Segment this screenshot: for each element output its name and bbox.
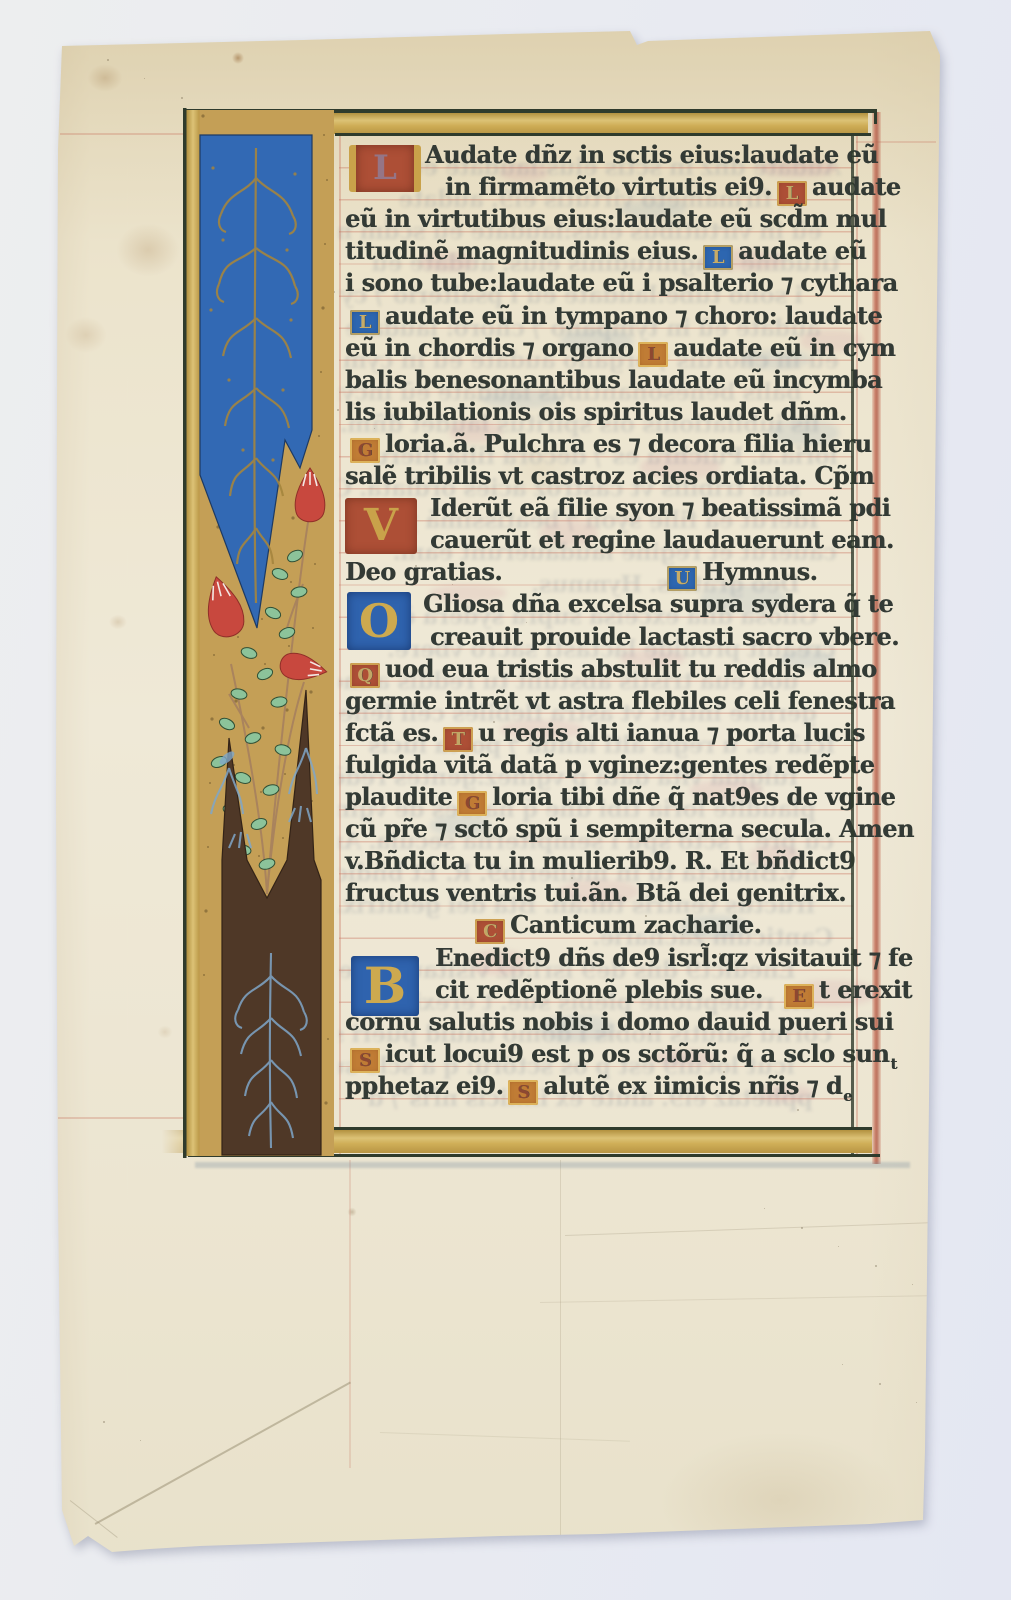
illuminated-border-panel xyxy=(183,108,339,1160)
small-initial-box: U xyxy=(667,566,697,591)
text-segment: fructus ventris tui.ãn. Btã dei genitrix… xyxy=(345,878,846,907)
text-line: eũ in virtutibus eius:laudate eũ scd̃m m… xyxy=(345,204,886,236)
small-initial-box: Q xyxy=(350,663,380,688)
text-line: salẽ tribilis vt castroz acies ordiata. … xyxy=(345,461,874,493)
text-line: cit redẽptionẽ plebis sue.Et erexit xyxy=(435,975,912,1007)
small-initial-box: T xyxy=(443,727,473,752)
fold-crease xyxy=(70,1500,118,1538)
small-initial-box: C xyxy=(475,919,505,944)
text-line: Enedict9 dñs de9 isrl̃:qz visitauit ⁊ fe xyxy=(435,943,913,975)
text-segment: fulgida vitã datã p vginez:gentes redẽpt… xyxy=(345,750,874,779)
vellum-speck xyxy=(912,1284,913,1285)
text-segment: loria tibi dñe q̃ nat9es de vgine xyxy=(492,782,895,811)
text-segment: audate eũ in tympano ⁊ choro: laudate xyxy=(385,301,882,330)
small-initial-box: L xyxy=(703,245,733,270)
text-line: titudinẽ magnitudinis eius.Laudate eũ xyxy=(345,236,866,268)
text-segment: in firmamẽto virtutis ei9. xyxy=(445,172,772,201)
text-segment: cit redẽptionẽ plebis sue. xyxy=(435,975,763,1004)
text-line: eũ in chordis ⁊ organoLaudate eũ in cym xyxy=(345,333,895,365)
vellum-speck xyxy=(140,1440,141,1441)
text-segment: plaudite xyxy=(345,782,452,811)
text-segment: v.Bñdicta tu in mulierib9. R. Et bñdict9 xyxy=(345,846,855,875)
text-line: creauit prouide lactasti sacro vbere. xyxy=(430,622,899,654)
small-initial-box: S xyxy=(350,1048,380,1073)
text-segment: balis benesonantibus laudate eũ incymba xyxy=(345,365,882,394)
text-segment: audate eũ in cym xyxy=(673,333,895,362)
text-segment: eũ in virtutibus eius:laudate eũ scd̃m m… xyxy=(345,204,886,233)
small-initial-box: G xyxy=(350,438,380,463)
text-segment: u regis alti ianua ⁊ porta lucis xyxy=(478,718,865,747)
illuminated-initial-v: V xyxy=(345,498,417,554)
spacer xyxy=(763,997,779,998)
vellum-speck xyxy=(764,1208,765,1209)
text-line: balis benesonantibus laudate eũ incymba xyxy=(345,365,882,397)
text-block: Audate dñz in sctis eius:laudate eũin fi… xyxy=(345,140,857,1115)
text-line: CCanticum zacharie. xyxy=(470,910,761,942)
vellum-speck xyxy=(838,1246,839,1247)
text-line: Sicut locui9 est p os sctõrũ: q̃ a sclo … xyxy=(345,1039,897,1071)
fold-crease xyxy=(95,1382,351,1525)
text-segment: cornu salutis nobis i domo dauid pueri s… xyxy=(345,1007,893,1036)
text-segment: uod eua tristis abstulit tu reddis almo xyxy=(385,654,877,683)
vellum-speck xyxy=(181,97,183,99)
text-line: in firmamẽto virtutis ei9.Laudate xyxy=(445,172,901,204)
small-initial-box: L xyxy=(777,181,807,206)
illuminated-initial-o: O xyxy=(347,592,411,650)
text-segment: Audate dñz in sctis eius:laudate eũ xyxy=(425,140,878,169)
fold-crease xyxy=(565,1222,933,1236)
text-segment: titudinẽ magnitudinis eius. xyxy=(345,236,698,265)
margin-rule xyxy=(58,1117,198,1119)
text-segment: lis iubilationis ois spiritus laudet dñm… xyxy=(345,397,847,426)
text-segment: alutẽ ex iimicis nr̃is ⁊ d xyxy=(543,1071,842,1100)
fold-crease xyxy=(560,1160,561,1545)
text-segment: germie intrẽt vt astra flebiles celi fen… xyxy=(345,686,895,715)
vellum-speck xyxy=(842,1364,843,1365)
fold-crease xyxy=(380,1432,630,1442)
text-line: v.Bñdicta tu in mulierib9. R. Et bñdict9 xyxy=(345,846,855,878)
text-line: fctã es.Tu regis alti ianua ⁊ porta luci… xyxy=(345,718,865,750)
small-initial-box: E xyxy=(784,984,814,1009)
vellum-speck xyxy=(875,1265,877,1267)
text-line: cornu salutis nobis i domo dauid pueri s… xyxy=(345,1007,893,1039)
text-line: Gloria.ã. Pulchra es ⁊ decora filia hier… xyxy=(345,429,871,461)
spacer xyxy=(502,579,662,580)
text-segment: eũ in chordis ⁊ organo xyxy=(345,333,633,362)
text-segment: i sono tube:laudate eũ i psalterio ⁊ cyt… xyxy=(345,268,898,297)
text-line: pphetaz ei9.Salutẽ ex iimicis nr̃is ⁊ de xyxy=(345,1071,852,1103)
frame-bottom-shadowline xyxy=(195,1162,910,1168)
border-gold-band-left xyxy=(187,110,200,1156)
text-segment: fctã es. xyxy=(345,718,438,747)
vellum-speck xyxy=(879,1383,881,1385)
small-initial-box: L xyxy=(350,310,380,335)
subscript-letter: t xyxy=(890,1055,896,1073)
small-initial-box: S xyxy=(508,1080,538,1105)
vellum-speck xyxy=(916,1402,917,1403)
text-line: fulgida vitã datã p vginez:gentes redẽpt… xyxy=(345,750,874,782)
margin-rule xyxy=(349,1160,351,1468)
text-segment: Enedict9 dñs de9 isrl̃:qz visitauit ⁊ fe xyxy=(435,943,913,972)
text-line: plauditeGloria tibi dñe q̃ nat9es de vgi… xyxy=(345,782,895,814)
text-segment: pphetaz ei9. xyxy=(345,1071,503,1100)
text-segment: Gliosa dña excelsa supra sydera q̃ te xyxy=(423,589,893,618)
small-initial-box: G xyxy=(457,791,487,816)
text-segment: Hymnus. xyxy=(702,557,817,586)
text-line: Gliosa dña excelsa supra sydera q̃ te xyxy=(423,589,893,621)
text-line: germie intrẽt vt astra flebiles celi fen… xyxy=(345,686,895,718)
vellum-speck xyxy=(103,1421,105,1423)
text-segment: Canticum zacharie. xyxy=(510,910,761,939)
small-initial-box: L xyxy=(638,342,668,367)
text-segment: Deo gratias. xyxy=(345,557,502,586)
margin-rule xyxy=(60,133,185,135)
text-line: Laudate eũ in tympano ⁊ choro: laudate xyxy=(345,301,882,333)
manuscript-leaf: Audate dñz in sctis eius:laudate eũin fi… xyxy=(0,0,1011,1600)
vellum-surface: Audate dñz in sctis eius:laudate eũin fi… xyxy=(0,0,1011,1600)
text-line: Iderũt eã filie syon ⁊ beatissimã pdi xyxy=(430,493,890,525)
text-line: i sono tube:laudate eũ i psalterio ⁊ cyt… xyxy=(345,268,898,300)
vellum-speck xyxy=(144,78,145,79)
border-outer-line xyxy=(183,108,187,1158)
text-line: Audate dñz in sctis eius:laudate eũ xyxy=(425,140,878,172)
text-segment: creauit prouide lactasti sacro vbere. xyxy=(430,622,899,651)
text-segment: icut locui9 est p os sctõrũ: q̃ a sclo s… xyxy=(385,1039,889,1068)
text-segment: cũ pr̃e ⁊ sctõ spũ i sempiterna secula. … xyxy=(345,814,914,843)
text-segment: salẽ tribilis vt castroz acies ordiata. … xyxy=(345,461,874,490)
fold-crease xyxy=(540,1295,930,1303)
text-segment: loria.ã. Pulchra es ⁊ decora filia hieru xyxy=(385,429,871,458)
scanned-manuscript-page: { "artifact": { "kind": "Illuminated Boo… xyxy=(0,0,1011,1600)
text-segment: cauerũt et regine laudauerunt eam. xyxy=(430,525,894,554)
text-line: fructus ventris tui.ãn. Btã dei genitrix… xyxy=(345,878,846,910)
illuminated-initial-b: B xyxy=(351,956,419,1016)
text-line: cũ pr̃e ⁊ sctõ spũ i sempiterna secula. … xyxy=(345,814,914,846)
text-segment: audate xyxy=(812,172,901,201)
text-line: cauerũt et regine laudauerunt eam. xyxy=(430,525,894,557)
vellum-speck xyxy=(70,40,71,41)
text-line: lis iubilationis ois spiritus laudet dñm… xyxy=(345,397,847,429)
vellum-speck xyxy=(107,59,109,61)
illuminated-initial-l: L xyxy=(349,145,421,192)
frame-top-underline xyxy=(335,133,871,136)
text-segment: audate eũ xyxy=(738,236,866,265)
vellum-speck xyxy=(801,1227,803,1229)
text-line: Quod eua tristis abstulit tu reddis almo xyxy=(345,654,877,686)
text-segment: t erexit xyxy=(819,975,912,1004)
text-segment: Iderũt eã filie syon ⁊ beatissimã pdi xyxy=(430,493,890,522)
text-line: Deo gratias.UHymnus. xyxy=(345,557,817,589)
subscript-letter: e xyxy=(843,1087,852,1105)
